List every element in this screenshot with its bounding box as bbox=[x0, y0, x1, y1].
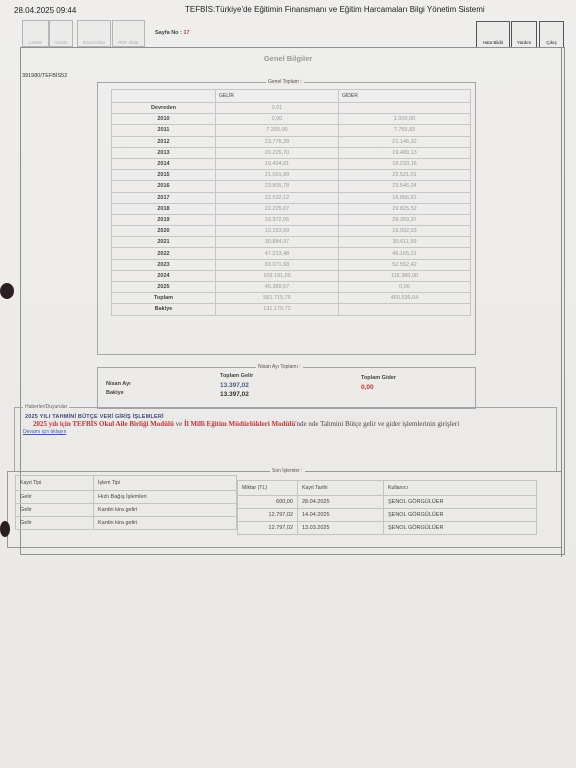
row-label: Bakiye bbox=[112, 304, 216, 315]
son-islemler-legend: Son İşlemler : bbox=[270, 468, 305, 474]
bakiye-value: 13.397,02 bbox=[220, 391, 249, 398]
print-timestamp: 28.04.2025 09:44 bbox=[14, 6, 76, 15]
list-item: GelirKantin kira geliri bbox=[16, 504, 237, 517]
gider-cell: 7.755,83 bbox=[339, 125, 471, 136]
kullanici-cell: ŞENOL GÖRGÜLÜER bbox=[384, 509, 537, 522]
islem-tipi-cell: Kantin kira geliri bbox=[94, 504, 237, 517]
row-label: 2023 bbox=[112, 259, 216, 270]
toplam-gelir-header: Toplam Gelir bbox=[220, 373, 253, 379]
toplam-gelir-value: 13.397,02 bbox=[220, 382, 249, 389]
row-label: 2010 bbox=[112, 114, 216, 125]
gelir-cell: 33.372,05 bbox=[216, 214, 339, 225]
col-kullanici: Kullanıcı bbox=[384, 481, 537, 496]
gider-cell: 16.092,93 bbox=[339, 226, 471, 237]
kayit-tipi-cell: Gelir bbox=[16, 504, 94, 517]
table-row: 2024169.191,06115.380,00 bbox=[112, 270, 471, 281]
news-panel: Haberler/Duyurular 2025 YILI TAHMİNİ BÜT… bbox=[14, 407, 557, 472]
gider-cell bbox=[339, 103, 471, 114]
gider-cell: 1.000,00 bbox=[339, 114, 471, 125]
page-number: Sayfa No : 17 bbox=[155, 30, 190, 36]
gelir-cell: 45.389,57 bbox=[216, 282, 339, 293]
bakiye-label: Bakiye bbox=[106, 390, 124, 396]
gider-cell: 0,00 bbox=[339, 282, 471, 293]
son-islemler-right-table: Miktar (TL) Kayıt Tarihi Kullanıcı 600,0… bbox=[237, 480, 537, 535]
son-islemler-left-table: Kayıt Tipi İşlem Tipi GelirHızlı Bağış İ… bbox=[15, 475, 237, 530]
row-label: Devreden bbox=[112, 103, 216, 114]
toplam-gider-header: Toplam Gider bbox=[361, 375, 396, 381]
news-body: 2025 yılı için TEFBİS Okul Aile Birliği … bbox=[33, 420, 459, 428]
col-header-label bbox=[112, 90, 216, 103]
table-row: 20100,001.000,00 bbox=[112, 114, 471, 125]
news-body-connector: ve bbox=[174, 420, 184, 428]
gelir-cell: 19.494,81 bbox=[216, 158, 339, 169]
row-label: 2011 bbox=[112, 125, 216, 136]
table-row: 201419.494,8118.233,16 bbox=[112, 158, 471, 169]
nisan-group: Nisan Ayı Toplamı : bbox=[97, 367, 476, 409]
frame-right-edge bbox=[561, 47, 562, 557]
gider-cell: 29.359,37 bbox=[339, 214, 471, 225]
miktar-cell: 600,00 bbox=[238, 496, 298, 509]
table-row: 201623.805,7823.546,24 bbox=[112, 181, 471, 192]
gider-cell: 22.521,01 bbox=[339, 170, 471, 181]
row-label: 2016 bbox=[112, 181, 216, 192]
row-label: 2014 bbox=[112, 158, 216, 169]
table-row: Toplam581.715,76450.536,04 bbox=[112, 293, 471, 304]
row-label: 2018 bbox=[112, 203, 216, 214]
row-label: 2024 bbox=[112, 270, 216, 281]
table-row: 201223.778,2821.146,32 bbox=[112, 136, 471, 147]
row-label: 2025 bbox=[112, 282, 216, 293]
table-row: 201320.225,7019.489,13 bbox=[112, 147, 471, 158]
binder-hole bbox=[0, 521, 10, 537]
news-legend: Haberler/Duyurular bbox=[23, 404, 69, 410]
gelir-cell: 581.715,76 bbox=[216, 293, 339, 304]
kullanici-cell: ŞENOL GÖRGÜLÜER bbox=[384, 496, 537, 509]
table-row: 201521.091,8922.521,01 bbox=[112, 170, 471, 181]
page-number-label: Sayfa No : bbox=[155, 30, 183, 36]
nisan-ayi-label: Nisan Ayı bbox=[106, 381, 131, 387]
gelir-cell: 23.778,28 bbox=[216, 136, 339, 147]
list-item: 600,0028.04.2025ŞENOL GÖRGÜLÜER bbox=[238, 496, 537, 509]
gider-cell bbox=[339, 304, 471, 315]
gider-cell: 29.825,52 bbox=[339, 203, 471, 214]
table-row: 201933.372,0529.359,37 bbox=[112, 214, 471, 225]
gider-cell: 19.489,13 bbox=[339, 147, 471, 158]
row-label: 2015 bbox=[112, 170, 216, 181]
print-button[interactable]: Yazdır bbox=[49, 20, 73, 47]
table-row: 201822.225,6729.825,52 bbox=[112, 203, 471, 214]
nisan-legend: Nisan Ayı Toplamı : bbox=[256, 364, 303, 370]
row-label: 2020 bbox=[112, 226, 216, 237]
gelir-cell: 20.225,70 bbox=[216, 147, 339, 158]
row-label: 2013 bbox=[112, 147, 216, 158]
row-label: 2021 bbox=[112, 237, 216, 248]
account-code: 391980/TEFBİS52 bbox=[22, 73, 67, 79]
news-body-module-1: 2025 yılı için TEFBİS Okul Aile Birliği … bbox=[33, 420, 174, 428]
gider-cell: 16.856,81 bbox=[339, 192, 471, 203]
tarih-cell: 28.04.2025 bbox=[298, 496, 384, 509]
row-label: 2019 bbox=[112, 214, 216, 225]
gider-cell: 450.536,04 bbox=[339, 293, 471, 304]
gelir-cell: 0,00 bbox=[216, 114, 339, 125]
gider-cell: 30.611,99 bbox=[339, 237, 471, 248]
table-row: Devreden0,01 bbox=[112, 103, 471, 114]
gelir-cell: 22.225,67 bbox=[216, 203, 339, 214]
table-row: 201722.532,1216.856,81 bbox=[112, 192, 471, 203]
gider-cell: 115.380,00 bbox=[339, 270, 471, 281]
table-row: 20117.205,007.755,83 bbox=[112, 125, 471, 136]
gelir-cell: 7.205,00 bbox=[216, 125, 339, 136]
row-label: 2012 bbox=[112, 136, 216, 147]
gelir-cell: 30.884,97 bbox=[216, 237, 339, 248]
table-row: 202545.389,570,00 bbox=[112, 282, 471, 293]
section-title: Genel Bilgiler bbox=[0, 54, 576, 63]
col-header-gelir: GELİR bbox=[216, 90, 339, 103]
tarih-cell: 14.04.2025 bbox=[298, 509, 384, 522]
list-item: 12.797,0214.04.2025ŞENOL GÖRGÜLÜER bbox=[238, 509, 537, 522]
gelir-cell: 131.179,72 bbox=[216, 304, 339, 315]
gider-cell: 52.552,42 bbox=[339, 259, 471, 270]
miktar-cell: 12.797,02 bbox=[238, 522, 298, 535]
kullanici-cell: ŞENOL GÖRGÜLÜER bbox=[384, 522, 537, 535]
genel-toplam-table: GELİR GİDER Devreden0,0120100,001.000,00… bbox=[111, 89, 471, 316]
gider-cell: 23.546,24 bbox=[339, 181, 471, 192]
row-label: Toplam bbox=[112, 293, 216, 304]
gelir-cell: 47.213,48 bbox=[216, 248, 339, 259]
row-label: 2022 bbox=[112, 248, 216, 259]
pdf-export-button[interactable]: PDF Aktar bbox=[112, 20, 145, 47]
gelir-cell: 83.071,68 bbox=[216, 259, 339, 270]
gelir-cell: 23.805,78 bbox=[216, 181, 339, 192]
toplam-gider-value: 0,00 bbox=[361, 384, 374, 391]
list-button[interactable]: Listele bbox=[22, 20, 49, 47]
gelir-cell: 22.532,12 bbox=[216, 192, 339, 203]
kayit-tipi-cell: Gelir bbox=[16, 491, 94, 504]
news-body-rest: 'nde nde Tahmini Bütçe gelir ve gider iş… bbox=[295, 420, 459, 428]
col-header-gider: GİDER bbox=[339, 90, 471, 103]
list-item: GelirHızlı Bağış İşlemleri bbox=[16, 491, 237, 504]
miktar-cell: 12.797,02 bbox=[238, 509, 298, 522]
binder-hole bbox=[0, 283, 14, 299]
list-item: 12.797,0213.03.2025ŞENOL GÖRGÜLÜER bbox=[238, 522, 537, 535]
gelir-cell: 0,01 bbox=[216, 103, 339, 114]
list-item: GelirKantin kira geliri bbox=[16, 517, 237, 530]
row-label: 2017 bbox=[112, 192, 216, 203]
tarih-cell: 13.03.2025 bbox=[298, 522, 384, 535]
read-more-link[interactable]: Devamı için tıklayın bbox=[23, 429, 66, 435]
genel-toplam-legend: Genel Toplam : bbox=[266, 79, 304, 85]
excel-export-button[interactable]: Excel Aktar bbox=[77, 20, 111, 47]
table-row: 202130.884,9730.611,99 bbox=[112, 237, 471, 248]
gelir-cell: 12.153,69 bbox=[216, 226, 339, 237]
page-number-value: 17 bbox=[183, 30, 189, 36]
news-body-module-2: İl Milli Eğitim Müdürlükleri Modülü bbox=[184, 420, 295, 428]
gelir-cell: 169.191,06 bbox=[216, 270, 339, 281]
exit-button[interactable]: Çıkış bbox=[539, 21, 564, 48]
islem-tipi-cell: Kantin kira geliri bbox=[94, 517, 237, 530]
table-row: 202012.153,6916.092,93 bbox=[112, 226, 471, 237]
col-kayit-tipi: Kayıt Tipi bbox=[16, 476, 94, 491]
app-title: TEFBİS:Türkiye'de Eğitimin Finansmanı ve… bbox=[185, 5, 485, 14]
table-row: 202247.213,4846.165,31 bbox=[112, 248, 471, 259]
gider-cell: 21.146,32 bbox=[339, 136, 471, 147]
gelir-cell: 21.091,89 bbox=[216, 170, 339, 181]
gider-cell: 46.165,31 bbox=[339, 248, 471, 259]
kayit-tipi-cell: Gelir bbox=[16, 517, 94, 530]
col-kayit-tarihi: Kayıt Tarihi bbox=[298, 481, 384, 496]
table-row: 202383.071,6852.552,42 bbox=[112, 259, 471, 270]
report-error-button[interactable]: Hata Bildir bbox=[476, 21, 510, 48]
help-button[interactable]: Yardım bbox=[511, 21, 537, 48]
table-row: Bakiye131.179,72 bbox=[112, 304, 471, 315]
islem-tipi-cell: Hızlı Bağış İşlemleri bbox=[94, 491, 237, 504]
col-miktar: Miktar (TL) bbox=[238, 481, 298, 496]
gider-cell: 18.233,16 bbox=[339, 158, 471, 169]
col-islem-tipi: İşlem Tipi bbox=[94, 476, 237, 491]
